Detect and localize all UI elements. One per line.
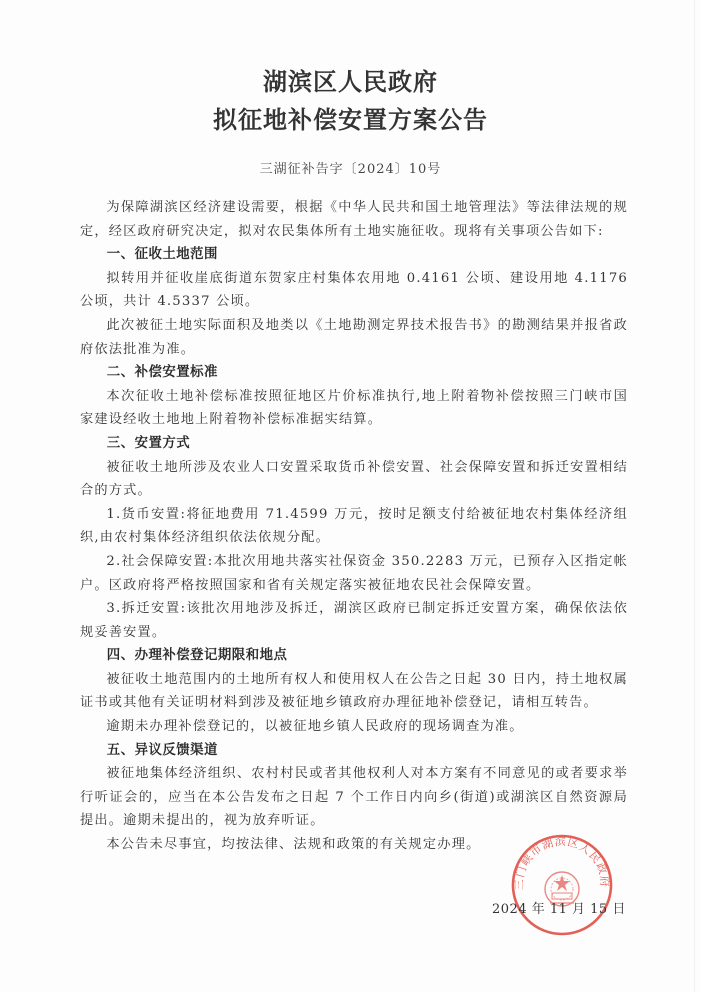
section-heading-2: 二、补偿安置标准 <box>80 361 628 385</box>
section-4-paragraph-1: 被征收土地范围内的土地所有权人和使用权人在公告之日起 30 日内，持土地权属证书… <box>80 668 628 715</box>
scan-edge <box>694 0 695 992</box>
section-3-paragraph-3: 2.社会保障安置:本批次用地共落实社保资金 350.2283 万元，已预存入区指… <box>80 550 628 597</box>
document-number: 三湖征补告字〔2024〕10号 <box>0 158 701 177</box>
section-3-paragraph-4: 3.拆迁安置:该批次用地涉及拆迁，湖滨区政府已制定拆迁安置方案，确保依法依规妥善… <box>80 597 628 644</box>
section-1-paragraph-1: 拟转用并征收崖底街道东贺家庄村集体农用地 0.4161 公顷、建设用地 4.11… <box>80 267 628 314</box>
section-3-paragraph-2: 1.货币安置:将征地费用 71.4599 万元，按时足额支付给被征地农村集体经济… <box>80 503 628 550</box>
section-1-paragraph-2: 此次被征土地实际面积及地类以《土地勘测定界技术报告书》的勘测结果并报省政府依法批… <box>80 314 628 361</box>
section-heading-1: 一、征收土地范围 <box>80 243 628 267</box>
intro-paragraph: 为保障湖滨区经济建设需要，根据《中华人民共和国土地管理法》等法律法规的规定，经区… <box>80 196 628 243</box>
document-page: 湖滨区人民政府 拟征地补偿安置方案公告 三湖征补告字〔2024〕10号 为保障湖… <box>0 0 701 992</box>
section-heading-5: 五、异议反馈渠道 <box>80 739 628 763</box>
official-seal-icon: 三门峡市湖滨区人民政府 <box>510 833 614 937</box>
section-heading-3: 三、安置方式 <box>80 432 628 456</box>
document-title-subject: 拟征地补偿安置方案公告 <box>0 100 701 135</box>
document-title-issuer: 湖滨区人民政府 <box>0 62 701 97</box>
section-heading-4: 四、办理补偿登记期限和地点 <box>80 644 628 668</box>
section-5-paragraph-1: 被征地集体经济组织、农村村民或者其他权利人对本方案有不同意见的或者要求举行听证会… <box>80 762 628 833</box>
issue-date: 2024 年 11 月 15 日 <box>492 898 626 917</box>
section-3-paragraph-1: 被征收土地所涉及农业人口安置采取货币补偿安置、社会保障安置和拆迁安置相结合的方式… <box>80 456 628 503</box>
section-2-paragraph-1: 本次征收土地补偿标准按照征地区片价标准执行,地上附着物补偿按照三门峡市国家建设经… <box>80 385 628 432</box>
document-body: 为保障湖滨区经济建设需要，根据《中华人民共和国土地管理法》等法律法规的规定，经区… <box>80 196 628 857</box>
section-4-paragraph-2: 逾期未办理补偿登记的，以被征地乡镇人民政府的现场调查为准。 <box>80 715 628 739</box>
